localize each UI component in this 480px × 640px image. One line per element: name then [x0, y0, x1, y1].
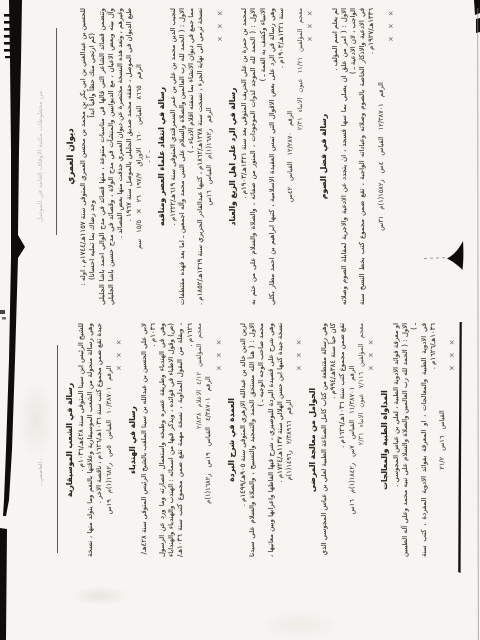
entry-body: وتتضمن قصائد الشاعر التي قالها في مناسبا…: [98, 8, 126, 305]
entry-body: نسخة ترمي الى نهاية الجزء ، نسخت سنة ١٢٧…: [196, 8, 205, 305]
catalog-entry: رسالة في الرد على اهل الزيغ والعناد لمحم…: [228, 8, 315, 305]
entry-separator: × × ×: [295, 323, 305, 557]
margin-note: ـ العاصمي ـ: [38, 442, 44, 502]
entry-title: المداواة الطبية والمعالجات: [380, 323, 390, 557]
entry-shelf-numbers: الرقم ر١٦٨٢(١)م القياس ١٦س: [205, 8, 214, 305]
entry-body: وهي شرح على قصيدة البردة للبوصيري ، شرح …: [267, 323, 285, 557]
entry-separator: × × ×: [387, 8, 397, 305]
entry-shelf-numbers: الرقم ١١/٣٨٧٠١ القياس ٧س ر١٨٤٢(١)م ١٦س: [348, 323, 357, 557]
header-rule-left: [57, 345, 58, 553]
header-rule-right: [56, 28, 57, 235]
entry-author: او معرفة فوائد الادوية الطبية ، لعلي بن …: [392, 323, 401, 557]
catalog-entry: ديوان العمري للحسين بن عبدالغني بن ابي ب…: [65, 8, 154, 305]
entry-title: رسالة في الشعب الموسيقارية: [65, 323, 75, 557]
entry-body: وهي رسالة منحولة من الشعب الموسيقارية وع…: [86, 323, 104, 557]
entry-title: ديوان العمري: [65, 8, 77, 305]
poem-hemistich: وجد رضاك بما تمليه احسانا): [88, 200, 98, 280]
entry-incipit: الاول : ( الحمد لله رب العالمين والصلاة …: [178, 8, 196, 305]
entry-body: في الادوية الطبية والمعالجات ، او المعرف…: [420, 323, 438, 557]
entry-separator: × × ×: [306, 8, 316, 305]
entry-separator: × × ×: [215, 323, 225, 557]
entry-separator: × × ×: [448, 323, 458, 557]
entry-references: معجم المؤلفين ١١/٢١ عيون الانباء ٢/٣١: [296, 8, 305, 305]
entry-body: وهي في الهندباء وطريقة عصره وطبخه واستعم…: [158, 323, 195, 557]
catalog-entry: رسالة في الشعب الموسيقارية للشيخ الرئيس …: [65, 323, 125, 557]
entry-marker: ـ ٢ ـ: [144, 8, 154, 305]
catalog-entry: الحوامل من معالجة المرضى وهي رسالة مقتطع…: [308, 323, 377, 557]
poem-hemistich: (كم ارتجي منك حظاً وافياً ابداً: [88, 33, 98, 118]
entry-author: للحسين بن عبدالغني بن ابي بكر بن محمد بن…: [79, 8, 88, 305]
entry-incipit: الاول : ( امر من علق ان يصلي بما سها فسج…: [340, 8, 358, 305]
catalog-entry: رسالة في الهندباء لابي علي الحسين بن عبد…: [128, 323, 225, 557]
entry-title: العمدة في شرح البردة: [227, 323, 237, 557]
entry-separator: × × ×: [216, 8, 226, 305]
page-content: من مخطوطات مكتبة الاوقاف العامة في الموص…: [0, 0, 480, 640]
entry-body: تقع ضمن مجموع كتب سنة ١٠٣٦هـ/١٦٢٦م .: [338, 323, 347, 557]
entry-title: الحوامل من معالجة المرضى: [308, 323, 318, 557]
running-head: من مخطوطات مكتبة الاوقاف العامة في الموص…: [36, 8, 44, 305]
column-left: رسالة في الشعب الموسيقارية للشيخ الرئيس …: [62, 323, 462, 557]
entry-author: لابي علي الحسين بن عبدالله بن سينا الملق…: [140, 323, 158, 557]
entry-print-note: طبع الديوان في الموصل ، حققه محمد صديق ا…: [125, 8, 134, 305]
entry-shelf-numbers: القياس ١٦س ٢١/٢: [438, 323, 447, 557]
entry-shelf-numbers: الرقم ١٠/٣٨٧٠١ القياس ٥س ر١٦٨٢(١)م ١٩س: [105, 323, 114, 557]
entry-poem-line: (كم ارتجي منك حظاً وافياً ابداً وجد رضاك…: [88, 8, 98, 305]
entry-author: وهي رسالة مقتطعة من كتاب كامل الصناعة ال…: [320, 323, 338, 557]
entry-body: وهي رسالة في الرد على بعض الاقوال التي ت…: [268, 8, 286, 305]
catalog-entry: العمدة في شرح البردة لزين الدين خالد بن …: [227, 323, 305, 557]
entry-author: لنجيب الدين محمد بن علي بن عمر السمرقندي…: [169, 8, 178, 305]
entry-shelf-numbers: الرقم ٨٦٦٥ القياس ١٦٠ الاوراق ١٩٧/٢ ٢٦ ×…: [135, 8, 144, 305]
entry-shelf-numbers: الرقم ٤/٣٨٧٠١ القياس ١٩س ر١٦٨٢(١)م: [204, 323, 213, 557]
catalog-entry: المداواة الطبية والمعالجات او معرفة فوائ…: [380, 323, 458, 557]
entry-author: لزين الدين خالد بن عبدالله الازهري المتو…: [239, 323, 248, 557]
entry-references: معجم المؤلفين ٧/١١٦ عيون الانباء ٢/٣١: [357, 323, 366, 557]
entry-incipit: الاول : ( الحمد لله رب العالمين والصلاة …: [401, 323, 419, 557]
entry-title: رسالة في فضل الصوم: [319, 8, 329, 305]
entry-author: للشيخ الرئيس ابن سينا المتوفى سنة ٤٢٨هـ/…: [77, 323, 86, 557]
entry-shelf-numbers: الرقم ١٢/٣٨٧٠١ القياس ٤س ر١٥٨٢(١)م ٣١س: [377, 8, 386, 305]
column-right: ديوان العمري للحسين بن عبدالغني بن ابي ب…: [62, 8, 462, 305]
entry-incipit: الاول : ( الحمد لله الموجد لذوات الموجود…: [249, 8, 267, 305]
catalog-entry: رسالة في فضل الصوم لم يعلم اسم المؤلف . …: [319, 8, 397, 305]
entry-references: معجم المؤلفين ٤/١٢ الاعلام ٢/٨٣٨: [195, 323, 204, 557]
entry-shelf-numbers: الرقم ٢/٣٨٩٦٦ ر١٤٩٦(١)م: [285, 323, 294, 557]
entry-incipit: الاول : ( هنأ الله مستحق الحمد والتمجيد …: [248, 323, 266, 557]
entry-body: في الادعية والاذكار الخاصة بالصوم وصلاته…: [358, 8, 376, 305]
entry-author: لم يعلم اسم المؤلف .: [331, 8, 340, 305]
entry-title: رسالة في انتقاد علماء العصر ومناقبه: [157, 8, 167, 305]
entry-author: لمحمد بن حمزة بن علي الحريف المتوفى بعد …: [240, 8, 249, 305]
entry-title: رسالة في الرد على اهل الزيغ والعناد: [228, 8, 238, 305]
entry-title: رسالة في الهندباء: [128, 323, 138, 557]
scanned-document-page: من مخطوطات مكتبة الاوقاف العامة في الموص…: [0, 0, 480, 640]
entry-shelf-numbers: الرقم ١٢/٢٨٧٠ القياس ٤٢س: [286, 8, 295, 305]
entry-separator: × × ×: [115, 323, 125, 557]
entry-separator: × × ×: [367, 323, 377, 557]
catalog-entry: رسالة في انتقاد علماء العصر ومناقبه لنجي…: [157, 8, 226, 305]
